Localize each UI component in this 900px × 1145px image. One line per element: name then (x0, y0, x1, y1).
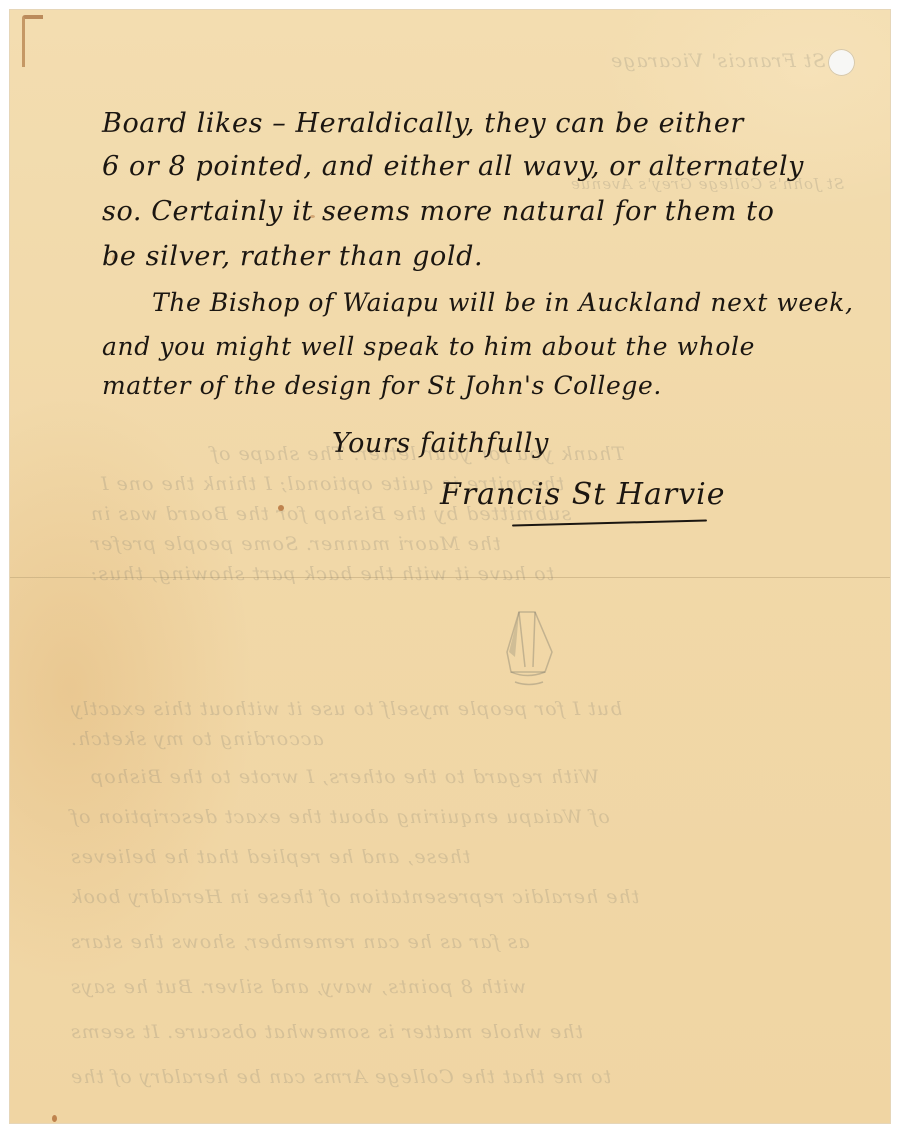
letter-line: Board likes – Heraldically, they can be … (102, 110, 744, 137)
foxing-spot (52, 1115, 57, 1122)
letter-line: and you might well speak to him about th… (102, 334, 755, 359)
letter-page: St Francis' Vicarage St John's College G… (10, 10, 890, 1123)
closing-salutation: Yours faithfully (332, 430, 549, 457)
bleed-through-line: St Francis' Vicarage (610, 50, 826, 72)
bleed-through-line: the Maori manner. Some people prefer (90, 533, 501, 555)
bleed-through-line: these, and he replied that he believes (70, 846, 471, 868)
punch-hole (828, 49, 855, 76)
bleed-through-line: but I for people myself to use it withou… (70, 698, 622, 720)
letter-line: so. Certainly it seems more natural for … (102, 198, 774, 225)
bleed-through-line: the whole matter is somewhat obscure. It… (70, 1021, 583, 1043)
corner-stain (22, 15, 43, 67)
letter-line: 6 or 8 pointed, and either all wavy, or … (102, 153, 804, 180)
bleed-through-line: the heraldic representation of these in … (70, 886, 639, 908)
bleed-through-line: according to my sketch. (70, 728, 324, 750)
mitre-sketch-icon (497, 607, 557, 697)
letter-line: The Bishop of Waiapu will be in Auckland… (152, 290, 854, 315)
bleed-through-line: With regard to the others, I wrote to th… (90, 766, 599, 788)
letter-line: be silver, rather than gold. (102, 243, 483, 270)
bleed-through-line: with 8 points, wavy, and silver. But he … (70, 976, 526, 998)
bleed-through-line: of Waiapu enquiring about the exact desc… (70, 806, 610, 828)
bleed-through-line: as far as he can remember, shows the sta… (70, 931, 530, 953)
bleed-through-line: to have it with the back part showing, t… (90, 563, 554, 585)
signature: Francis St Harvie (440, 480, 726, 510)
letter-line: matter of the design for St John's Colle… (102, 373, 662, 398)
bleed-through-line: to me that the College Arms can be heral… (70, 1066, 611, 1088)
